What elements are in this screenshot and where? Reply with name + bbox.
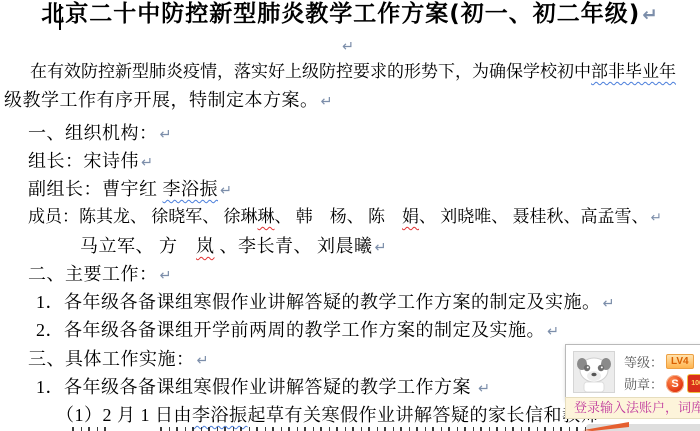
- ime-level-label: 等级：: [624, 352, 663, 371]
- doc-line-item-2-1[interactable]: 1．各年级各备课组寒假作业讲解答疑的教学工作方案的制定及实施。↵: [36, 290, 615, 316]
- doc-line-section-2[interactable]: 二、主要工作：↵: [28, 262, 172, 288]
- ime-mascot-avatar: [573, 351, 615, 393]
- doc-line-deputy[interactable]: 副组长：曹宇红 李浴振↵: [28, 177, 233, 203]
- text-cursor: [59, 4, 61, 30]
- paragraph-mark-icon: ↵: [373, 240, 388, 256]
- doc-text: 在有效防控新型肺炎疫情，落实好上级防控要求的形势下，为确保学校初中: [30, 62, 591, 81]
- doc-text: 组长：宋诗伟: [28, 151, 139, 171]
- doc-text: 副组长：曹宇红: [28, 179, 163, 199]
- ime-level-badge: LV4: [666, 354, 694, 369]
- doc-line-item-2-2[interactable]: 2．各年级各备课组开学前两周的教学工作方案的制定及实施。↵: [36, 318, 560, 344]
- paragraph-mark-icon: ↵: [158, 127, 173, 143]
- spellcheck-flagged-text: 娟: [402, 207, 419, 226]
- paragraph-mark-icon: ↵: [218, 183, 233, 199]
- doc-text: 二、主要工作：: [28, 264, 158, 284]
- paragraph-mark-icon: ↵: [476, 381, 491, 397]
- doc-title[interactable]: 北京二十中防控新型肺炎教学工作方案(初一、初二年级)↵: [0, 2, 700, 28]
- doc-line-leader[interactable]: 组长：宋诗伟↵: [28, 149, 154, 175]
- doc-line-section-1[interactable]: 一、组织机构：↵: [28, 121, 172, 147]
- doc-text: 成员：陈其龙、 徐晓军、 徐琳: [28, 207, 258, 226]
- sogou-s-badge-icon: S: [666, 375, 684, 393]
- paragraph-mark-icon: ↵: [601, 296, 616, 312]
- spellcheck-flagged-text: 部非毕业年: [591, 62, 676, 81]
- doc-line-members-2[interactable]: 马立军、 方 岚 、李长青、 刘晨曦↵: [80, 234, 387, 260]
- doc-text: 2．各年级各备课组开学前两周的教学工作方案的制定及实施。: [36, 320, 545, 340]
- medal-1000-badge-icon: 1000: [687, 374, 700, 393]
- ime-login-promo-link[interactable]: 登录输入法账户，词库更: [565, 397, 700, 419]
- paragraph-mark-icon: ↵: [545, 324, 560, 340]
- spellcheck-flagged-text: 李浴振: [163, 179, 219, 199]
- doc-text: 1．各年级各备课组寒假作业讲解答疑的教学工作方案的制定及实施。: [36, 292, 601, 312]
- doc-line-intro-2[interactable]: 级教学工作有序开展，特制定本方案。↵: [4, 88, 333, 114]
- paragraph-mark-icon: ↵: [340, 39, 355, 55]
- clipped-text-line: [160, 427, 640, 431]
- doc-text: 、 刘晓唯、 聂桂秋、高孟雪、: [419, 207, 649, 226]
- doc-line-item-3-1[interactable]: 1．各年级各备课组寒假作业讲解答疑的教学工作方案 ↵: [36, 375, 491, 401]
- paragraph-mark-icon: ↵: [649, 210, 662, 226]
- doc-text: 一、组织机构：: [28, 123, 158, 143]
- spellcheck-flagged-text: 李浴振: [192, 405, 248, 425]
- doc-text: 级教学工作有序开展，特制定本方案。: [4, 90, 319, 110]
- ime-account-popup: 等级： LV4 勋章： S 1000: [565, 344, 700, 400]
- paragraph-mark-icon: ↵: [139, 155, 154, 171]
- doc-line-members-1[interactable]: 成员：陈其龙、 徐晓军、 徐琳琳、 韩 杨、 陈 娟、 刘晓唯、 聂桂秋、高孟雪…: [28, 205, 662, 230]
- doc-line-intro-1[interactable]: 在有效防控新型肺炎疫情，落实好上级防控要求的形势下，为确保学校初中部非毕业年: [30, 60, 676, 84]
- paragraph-mark-icon: ↵: [195, 353, 210, 369]
- doc-text: 北京二十中防控新型肺炎教学工作方案(初一、初二年级): [41, 1, 640, 27]
- doc-text: 、李长青、 刘晨曦: [215, 236, 373, 256]
- paragraph-mark-icon: ↵: [158, 268, 173, 284]
- doc-text: 起草有关寒假作业讲解答疑的家长信和教师: [248, 405, 600, 425]
- doc-text: 1．各年级各备课组寒假作业讲解答疑的教学工作方案: [36, 377, 476, 397]
- dog-mascot-icon: [574, 352, 614, 392]
- paragraph-mark-icon: ↵: [319, 94, 334, 110]
- doc-line-item-3-1-1[interactable]: （1）2 月 1 日由李浴振起草有关寒假作业讲解答疑的家长信和教师: [56, 403, 599, 427]
- doc-text: 马立军、 方: [80, 236, 196, 256]
- paragraph-mark-icon: ↵: [640, 5, 658, 26]
- doc-line-section-3[interactable]: 三、具体工作实施：↵: [28, 347, 209, 373]
- clipped-text-line: [72, 427, 108, 431]
- word-document-window: { "colors": { "wavy_spelling": "#e03131"…: [0, 0, 700, 431]
- doc-text: （1）2 月 1 日由: [56, 405, 192, 425]
- doc-text: 三、具体工作实施：: [28, 349, 195, 369]
- spellcheck-flagged-text: 岚: [196, 236, 215, 256]
- doc-line-empty[interactable]: ↵: [340, 33, 355, 59]
- spellcheck-flagged-text: 琳: [258, 207, 275, 226]
- doc-text: 、 韩 杨、 陈: [275, 207, 403, 226]
- ime-medal-label: 勋章：: [624, 374, 663, 393]
